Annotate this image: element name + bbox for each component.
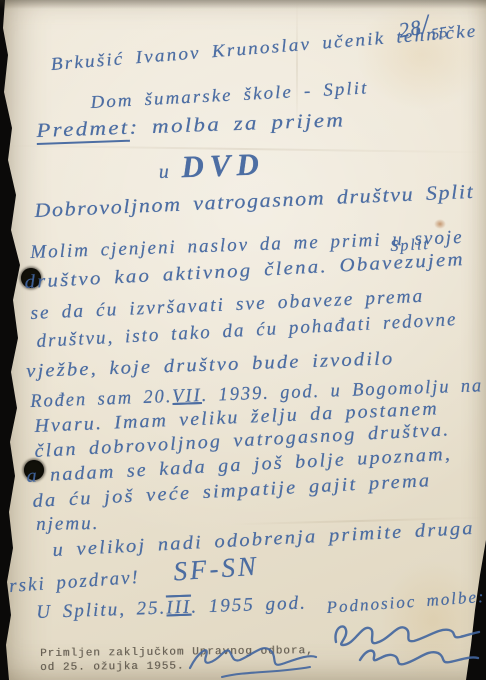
- closing-sign: SF-SN: [172, 551, 259, 587]
- roman-numeral-birth-month: VII: [172, 385, 202, 407]
- applicant-signature: [330, 618, 482, 676]
- birthdate-prefix: Rođen sam 20.: [30, 386, 173, 412]
- dvd-acronym: DVD: [181, 146, 266, 184]
- dvd-line: u DVD: [158, 146, 265, 186]
- stamp-line-2: od 25. ožujka 1955.: [40, 660, 185, 674]
- subject-label: Predmet: [36, 117, 130, 145]
- dvd-prefix: u: [158, 161, 171, 183]
- date-suffix: . 1955 god.: [191, 593, 307, 618]
- roman-numeral-date-month: III: [166, 597, 192, 619]
- approval-signature: [182, 634, 332, 680]
- top-edge-shadow: [0, 0, 486, 9]
- body-line-11: njemu.: [36, 513, 100, 536]
- scanned-letter: 28/55 Brkušić Ivanov Krunoslav učenik te…: [0, 0, 486, 680]
- date-prefix: U Splitu, 25.: [36, 597, 167, 623]
